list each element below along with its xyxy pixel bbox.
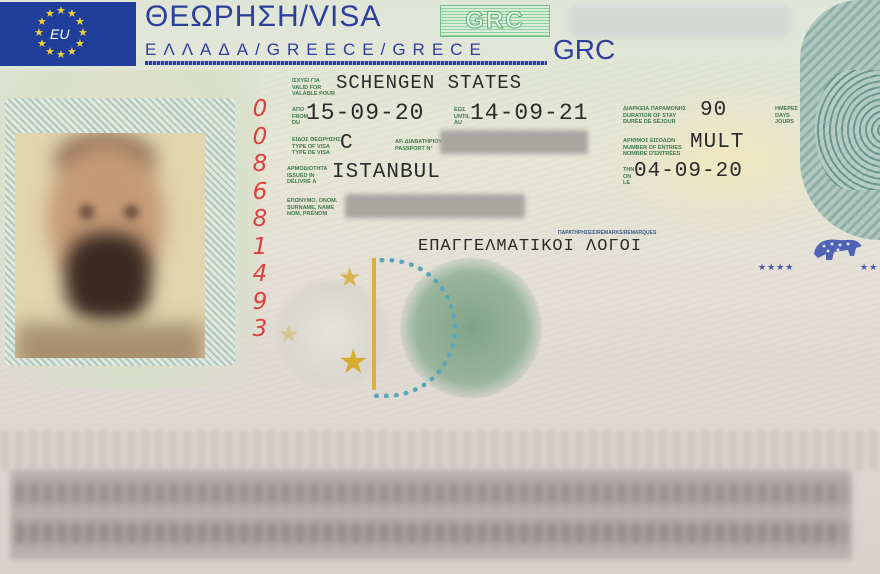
eu-star-icon: ★ [45,9,55,20]
country-badge: GRC [440,5,550,37]
issued-in-value: ISTANBUL [332,161,441,184]
valid-for-label: ΙΣΧΥΕΙ ΓΙΑVALID FORVALABLE POUR [292,78,335,98]
stars-decoration: ★★ [860,262,878,273]
mrz-line-faded [0,430,880,470]
eu-flag-icon: ★★★★★★★★★★★★ EU [0,2,136,66]
eu-star-icon: ★ [34,28,44,39]
duration-of-stay-value: 90 [700,99,727,122]
hologram-seal [372,258,376,390]
issued-on-value: 04-09-20 [634,160,743,183]
control-number-digit: 6 [248,179,272,207]
holder-photo [15,133,205,358]
remarks-label: ΠΑΡΑΤΗΡΗΣΕΙΣ/REMARKS/REMARQUES [558,230,656,237]
control-number-digit: 4 [248,261,272,289]
control-number-digit: 8 [248,206,272,234]
control-number-digit: 0 [248,96,272,124]
valid-for-value: SCHENGEN STATES [336,72,522,94]
surname-name-redacted [345,194,525,218]
star-icon: ★ [338,342,368,382]
duration-of-stay-label: ΔΙΑΡΚΕΙΑ ΠΑΡΑΜΟΝΗΣDURATION OF STAYDURÉE … [623,106,686,126]
from-value: 15-09-20 [306,100,424,126]
until-value: 14-09-21 [470,100,588,126]
number-of-entries-label: ΑΡΙΘΜΟΣ ΕΙΣΟΔΩΝNUMBER OF ENTRIESNOMBRE D… [623,138,682,158]
eu-label: EU [50,26,69,42]
control-number-digit: 0 [248,124,272,152]
passport-number-redacted [440,130,588,154]
redacted-region [570,5,790,37]
issuing-country: ΕΛΛΑΔΑ/GREECE/GRECE [145,40,488,60]
until-label: ΕΩΣUNTILAU [454,107,470,127]
control-number-digit: 3 [248,316,272,344]
star-icon: ★ [338,262,361,293]
duration-unit-label: ΗΜΕΡΕΣDAYSJOURS [775,106,798,126]
issued-in-label: ΑΡΜΟΔΙΟΤΗΤΑISSUED INDÉLIVRÉ À [287,166,327,186]
control-number-digit: 9 [248,289,272,317]
guilloche-pattern [815,70,880,190]
mrz-redacted [10,470,852,560]
eu-star-icon: ★ [56,6,66,17]
stars-decoration: ★★★★ [758,262,794,273]
star-icon: ★ [278,320,300,349]
issued-on-label: ΤΗΝONLE [623,167,634,187]
microtext-band [145,61,547,65]
europa-bull-icon [808,232,864,266]
country-code: GRC [553,34,615,66]
number-of-entries-value: MULT [690,131,744,154]
remarks-value: ΕΠΑΓΓΕΛΜΑΤΙΚΟΙ ΛΟΓΟΙ [418,237,642,256]
visa-title: ΘΕΩΡΗΣΗ/VISA [145,0,381,34]
control-number-digit: 8 [248,151,272,179]
control-number-digit: 1 [248,234,272,262]
type-of-visa-value: C [340,132,354,155]
eu-star-icon: ★ [56,50,66,61]
eu-star-icon: ★ [37,39,47,50]
surname-name-label: ΕΠΩΝΥΜΟ, ΟΝΟΜ.SURNAME, NAMENOM, PRÉNOM [287,198,337,218]
eu-star-icon: ★ [67,47,77,58]
type-of-visa-label: ΕΙΔΟΣ ΘΕΩΡΗΣΗΣTYPE OF VISATYPE DE VISA [292,137,341,157]
control-number: 008681493 [248,96,272,344]
passport-number-label: ΑΡ. ΔΙΑΒΑΤΗΡΙΟΥPASSPORT N° [395,139,442,152]
